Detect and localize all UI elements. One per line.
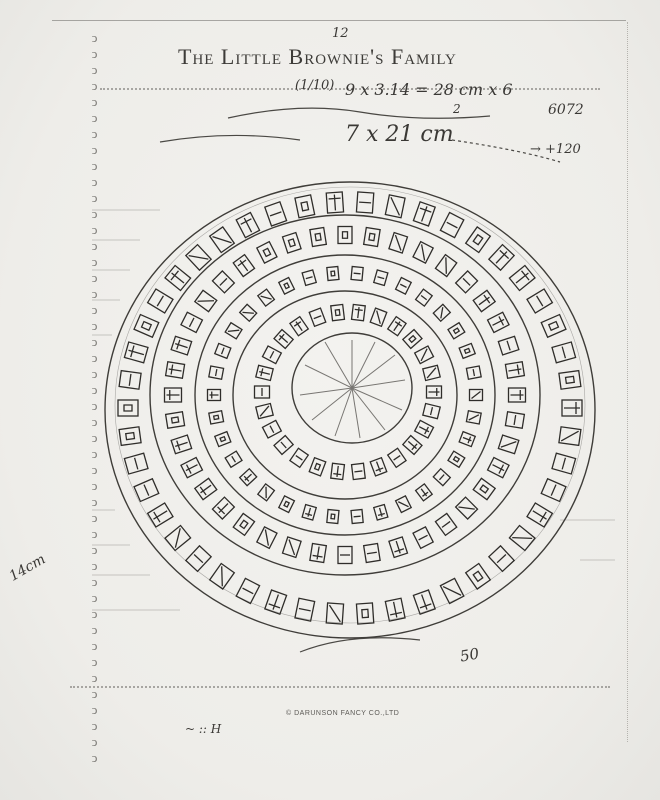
notepaper-page: ↄↄↄↄↄↄↄↄↄↄↄↄↄↄↄↄↄↄↄↄↄↄↄↄↄↄↄↄↄↄↄↄↄↄↄↄↄↄↄↄ… <box>0 0 660 800</box>
ruled-lines <box>92 210 615 610</box>
sunburst-icon <box>300 340 405 438</box>
spiral-rings <box>105 182 595 638</box>
handwritten-underlines <box>160 108 560 652</box>
spiral-glyph-drawing <box>0 0 660 800</box>
spiral-glyphs <box>118 192 582 624</box>
